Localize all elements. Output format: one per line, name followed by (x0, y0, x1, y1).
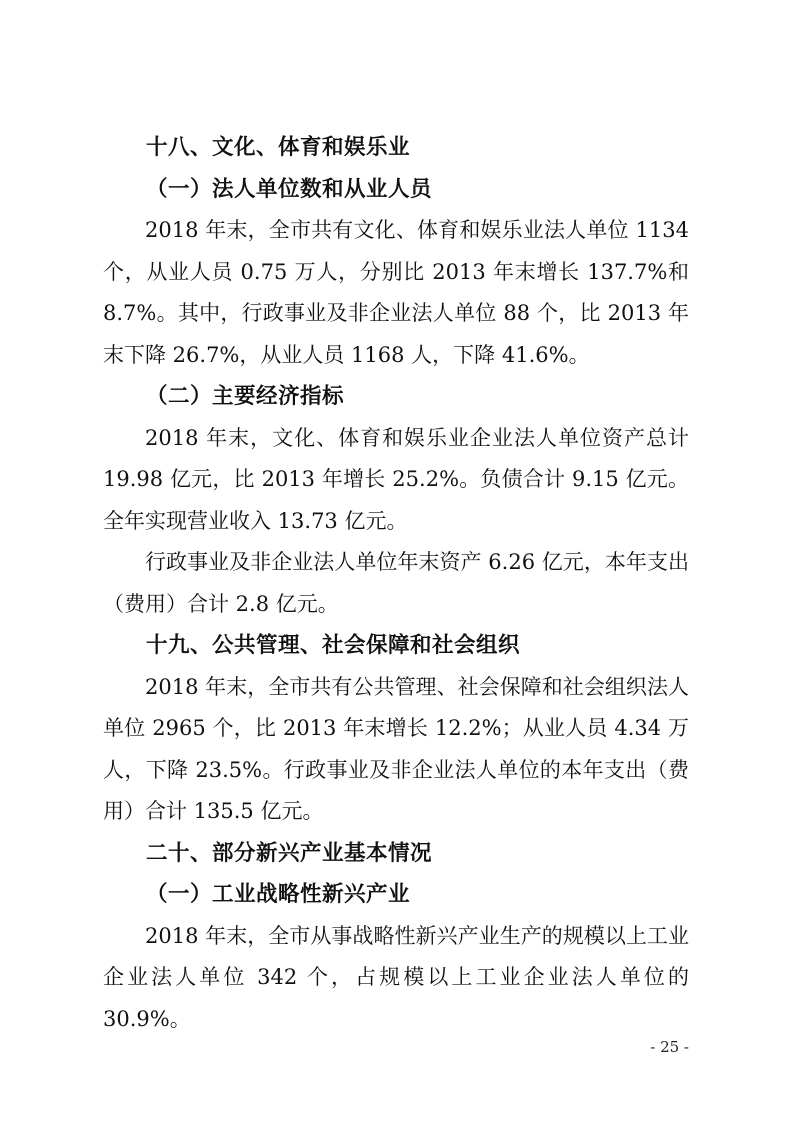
section-heading-public-management: 十九、公共管理、社会保障和社会组织 (103, 625, 689, 667)
subsection-heading-legal-entities-employees: （一）法人单位数和从业人员 (103, 169, 689, 211)
paragraph-enterprise-economic-indicators: 2018 年末，文化、体育和娱乐业企业法人单位资产总计 19.98 亿元，比 2… (103, 418, 689, 543)
paragraph-legal-entities-employees: 2018 年末，全市共有文化、体育和娱乐业法人单位 1134 个，从业人员 0.… (103, 210, 689, 376)
document-page: 十八、文化、体育和娱乐业 （一）法人单位数和从业人员 2018 年末，全市共有文… (0, 0, 793, 1122)
paragraph-admin-non-enterprise-assets: 行政事业及非企业法人单位年末资产 6.26 亿元，本年支出（费用）合计 2.8 … (103, 542, 689, 625)
page-number: - 25 - (0, 1036, 689, 1058)
subsection-heading-main-economic-indicators: （二）主要经济指标 (103, 376, 689, 418)
section-heading-culture-sports-entertainment: 十八、文化、体育和娱乐业 (103, 127, 689, 169)
document-body: 十八、文化、体育和娱乐业 （一）法人单位数和从业人员 2018 年末，全市共有文… (103, 127, 689, 1040)
section-heading-emerging-industries: 二十、部分新兴产业基本情况 (103, 833, 689, 875)
paragraph-public-management: 2018 年末，全市共有公共管理、社会保障和社会组织法人单位 2965 个，比 … (103, 667, 689, 833)
paragraph-industrial-strategic-emerging: 2018 年末，全市从事战略性新兴产业生产的规模以上工业企业法人单位 342 个… (103, 916, 689, 1041)
subsection-heading-industrial-strategic-emerging: （一）工业战略性新兴产业 (103, 874, 689, 916)
